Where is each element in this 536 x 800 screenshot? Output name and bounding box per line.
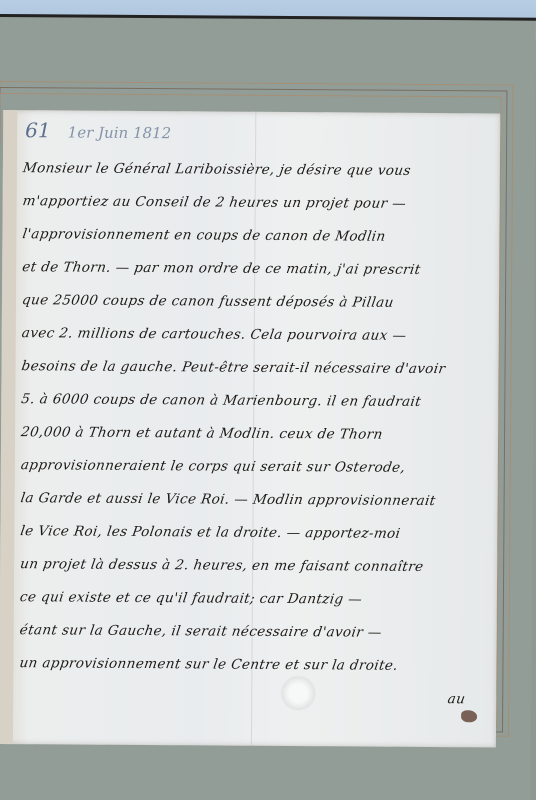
letter-line: un approvisionnement sur le Centre et su… — [17, 647, 482, 683]
letter-line: approvisionneraient le corps qui serait … — [18, 449, 483, 485]
letter-line: ce qui existe et ce qu'il faudrait; car … — [17, 581, 482, 617]
letter-line: Monsieur le Général Lariboissière, je dé… — [20, 152, 485, 188]
letter-line: un projet là dessus à 2. heures, en me f… — [18, 548, 483, 584]
letter-body: Monsieur le Général Lariboissière, je dé… — [19, 152, 483, 716]
letter-line: la Garde et aussi le Vice Roi. — Modlin … — [18, 482, 483, 518]
letter-line: avec 2. millions de cartouches. Cela pou… — [19, 317, 484, 353]
letter-line: m'apportiez au Conseil de 2 heures un pr… — [20, 185, 485, 221]
archive-annotation: 61 1er Juin 1812 — [25, 118, 171, 143]
letter-sheet: 61 1er Juin 1812 Monsieur le Général Lar… — [0, 110, 500, 747]
archive-date: 1er Juin 1812 — [68, 123, 172, 142]
letter-line: que 25000 coups de canon fussent déposés… — [20, 284, 485, 320]
catchword: au — [17, 680, 482, 716]
embossed-stamp-icon — [282, 677, 314, 709]
archival-mount-board: 61 1er Juin 1812 Monsieur le Général Lar… — [0, 14, 536, 800]
letter-line: 20,000 à Thorn et autant à Modlin. ceux … — [19, 416, 484, 452]
wax-stain — [461, 710, 477, 722]
letter-line: 5. à 6000 coups de canon à Marienbourg. … — [19, 383, 484, 419]
letter-line: besoins de la gauche. Peut-être serait-i… — [19, 350, 484, 386]
letter-line: l'approvisionnement en coups de canon de… — [20, 218, 485, 254]
hinge-strip — [0, 110, 17, 744]
letter-line: et de Thorn. — par mon ordre de ce matin… — [20, 251, 485, 287]
letter-line: le Vice Roi, les Polonais et la droite. … — [18, 515, 483, 551]
letter-line: étant sur la Gauche, il serait nécessair… — [17, 614, 482, 650]
archive-number: 61 — [25, 118, 51, 142]
